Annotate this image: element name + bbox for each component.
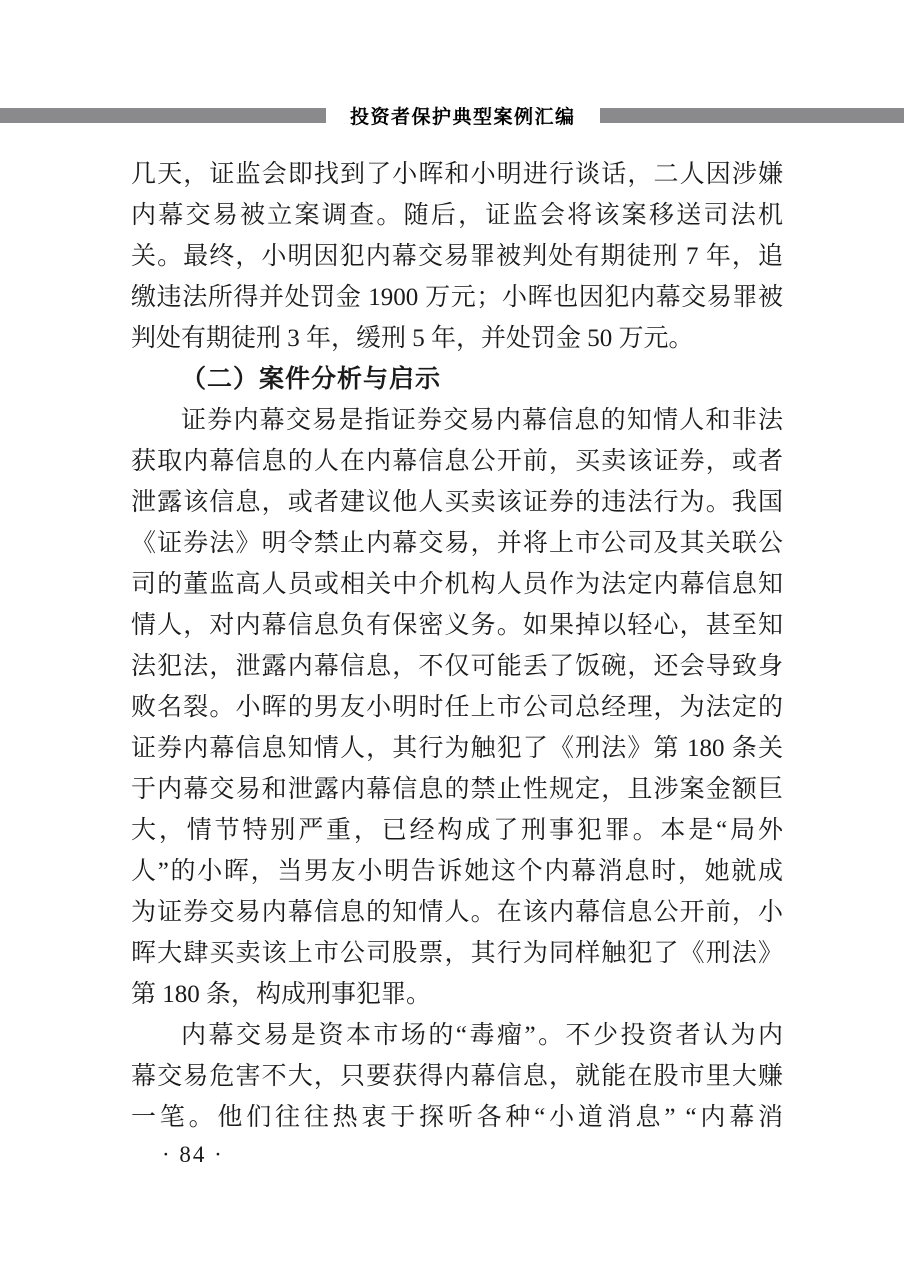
body-line: 几天，证监会即找到了小晖和小明进行谈话，二人因涉嫌 — [131, 154, 783, 195]
body-line: 获取内幕信息的人在内幕信息公开前，买卖该证券，或者 — [131, 441, 783, 482]
body-line: 幕交易危害不大，只要获得内幕信息，就能在股市里大赚 — [131, 1056, 783, 1097]
body-line: 一笔。他们往往热衷于探听各种“小道消息” “内幕消 — [131, 1097, 783, 1138]
page-number: · 84 · — [162, 1142, 224, 1168]
body-line: 泄露该信息，或者建议他人买卖该证券的违法行为。我国 — [131, 482, 783, 523]
body-line: 司的董监高人员或相关中介机构人员作为法定内幕信息知 — [131, 564, 783, 605]
body-line: 人”的小晖，当男友小明告诉她这个内幕消息时，她就成 — [131, 851, 783, 892]
body-line: 缴违法所得并处罚金 1900 万元；小晖也因犯内幕交易罪被 — [131, 277, 783, 318]
body-line: 判处有期徒刑 3 年，缓刑 5 年，并处罚金 50 万元。 — [131, 318, 783, 359]
body-line: 晖大肆买卖该上市公司股票，其行为同样触犯了《刑法》 — [131, 933, 783, 974]
running-header-title: 投资者保护典型案例汇编 — [326, 102, 600, 129]
body-text: 几天，证监会即找到了小晖和小明进行谈话，二人因涉嫌内幕交易被立案调查。随后，证监… — [131, 154, 783, 1138]
body-line: 败名裂。小晖的男友小明时任上市公司总经理，为法定的 — [131, 687, 783, 728]
running-header: 投资者保护典型案例汇编 — [0, 101, 904, 129]
body-line: 为证券交易内幕信息的知情人。在该内幕信息公开前，小 — [131, 892, 783, 933]
body-line: 证券内幕交易是指证券交易内幕信息的知情人和非法 — [131, 400, 783, 441]
body-line: 关。最终，小明因犯内幕交易罪被判处有期徒刑 7 年，追 — [131, 236, 783, 277]
body-line: 内幕交易被立案调查。随后，证监会将该案移送司法机 — [131, 195, 783, 236]
body-line: 内幕交易是资本市场的“毒瘤”。不少投资者认为内 — [131, 1015, 783, 1056]
header-bar-left — [0, 108, 326, 123]
body-line: 情人，对内幕信息负有保密义务。如果掉以轻心，甚至知 — [131, 605, 783, 646]
body-line: 法犯法，泄露内幕信息，不仅可能丢了饭碗，还会导致身 — [131, 646, 783, 687]
section-heading: （二）案件分析与启示 — [131, 359, 783, 400]
body-line: 大，情节特别严重，已经构成了刑事犯罪。本是“局外 — [131, 810, 783, 851]
body-line: 《证券法》明令禁止内幕交易，并将上市公司及其关联公 — [131, 523, 783, 564]
book-page: 投资者保护典型案例汇编 几天，证监会即找到了小晖和小明进行谈话，二人因涉嫌内幕交… — [0, 0, 904, 1276]
body-line: 于内幕交易和泄露内幕信息的禁止性规定，且涉案金额巨 — [131, 769, 783, 810]
body-line: 证券内幕信息知情人，其行为触犯了《刑法》第 180 条关 — [131, 728, 783, 769]
header-bar-right — [600, 108, 904, 123]
body-line: 第 180 条，构成刑事犯罪。 — [131, 974, 783, 1015]
